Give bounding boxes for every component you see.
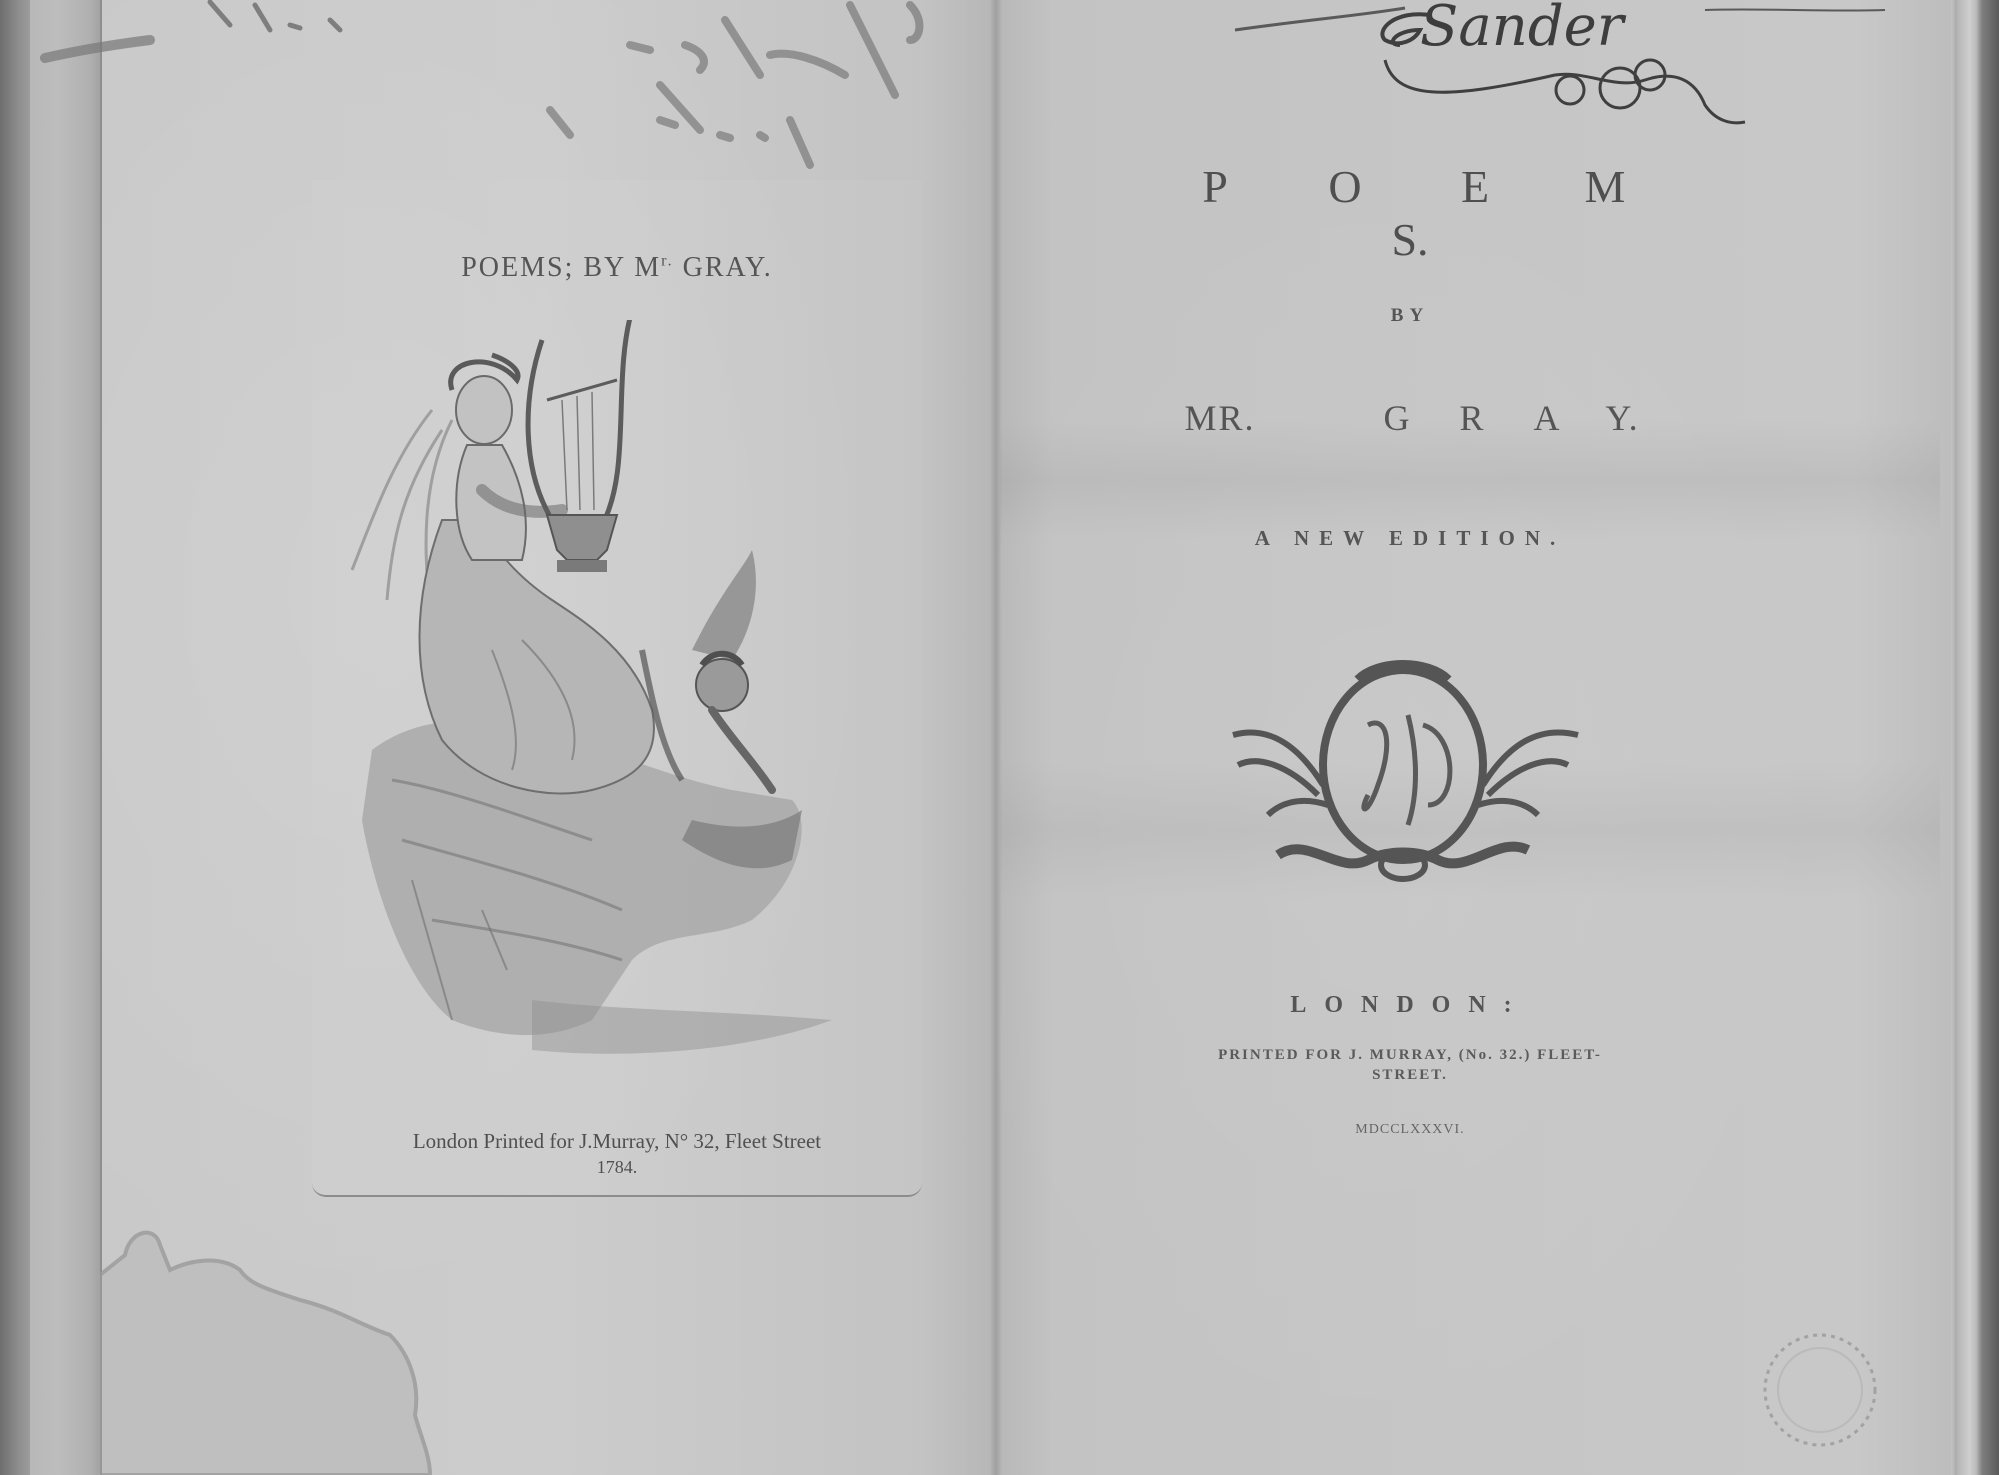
jm-monogram-ornament bbox=[1218, 655, 1588, 905]
flyleaf-edge bbox=[30, 0, 102, 1475]
title-author: MR.GRAY. bbox=[1090, 397, 1730, 439]
frontispiece-plate: POEMS; BY Mr. GRAY. bbox=[312, 180, 922, 1197]
title-edition: A NEW EDITION. bbox=[1090, 526, 1730, 551]
title-poems: POEMS. bbox=[1090, 160, 1730, 266]
imprint-year: MDCCLXXXVI. bbox=[1090, 1122, 1730, 1138]
bleed-through-handwriting bbox=[500, 0, 950, 180]
imprint-printer: PRINTED FOR J. MURRAY, (No. 32.) FLEET- … bbox=[1090, 1045, 1730, 1085]
book-cover-edge bbox=[0, 0, 30, 1475]
book-spread: POEMS; BY Mr. GRAY. bbox=[0, 0, 1999, 1475]
title-by: BY bbox=[1090, 305, 1730, 327]
book-cover-edge-right bbox=[1957, 0, 1999, 1475]
plate-imprint: London Printed for J.Murray, N° 32, Flee… bbox=[312, 1128, 922, 1180]
water-stain bbox=[100, 1215, 450, 1475]
library-stamp bbox=[1745, 1320, 1915, 1460]
muse-with-lyre-engraving bbox=[332, 320, 912, 1120]
plate-title: POEMS; BY Mr. GRAY. bbox=[312, 252, 922, 284]
owner-signature: Sander bbox=[1225, 0, 1885, 140]
imprint-place: LONDON: bbox=[1090, 992, 1730, 1019]
handwriting-scrawl bbox=[40, 0, 370, 80]
gutter bbox=[990, 0, 1002, 1475]
signature-text: Sander bbox=[1420, 0, 1627, 59]
